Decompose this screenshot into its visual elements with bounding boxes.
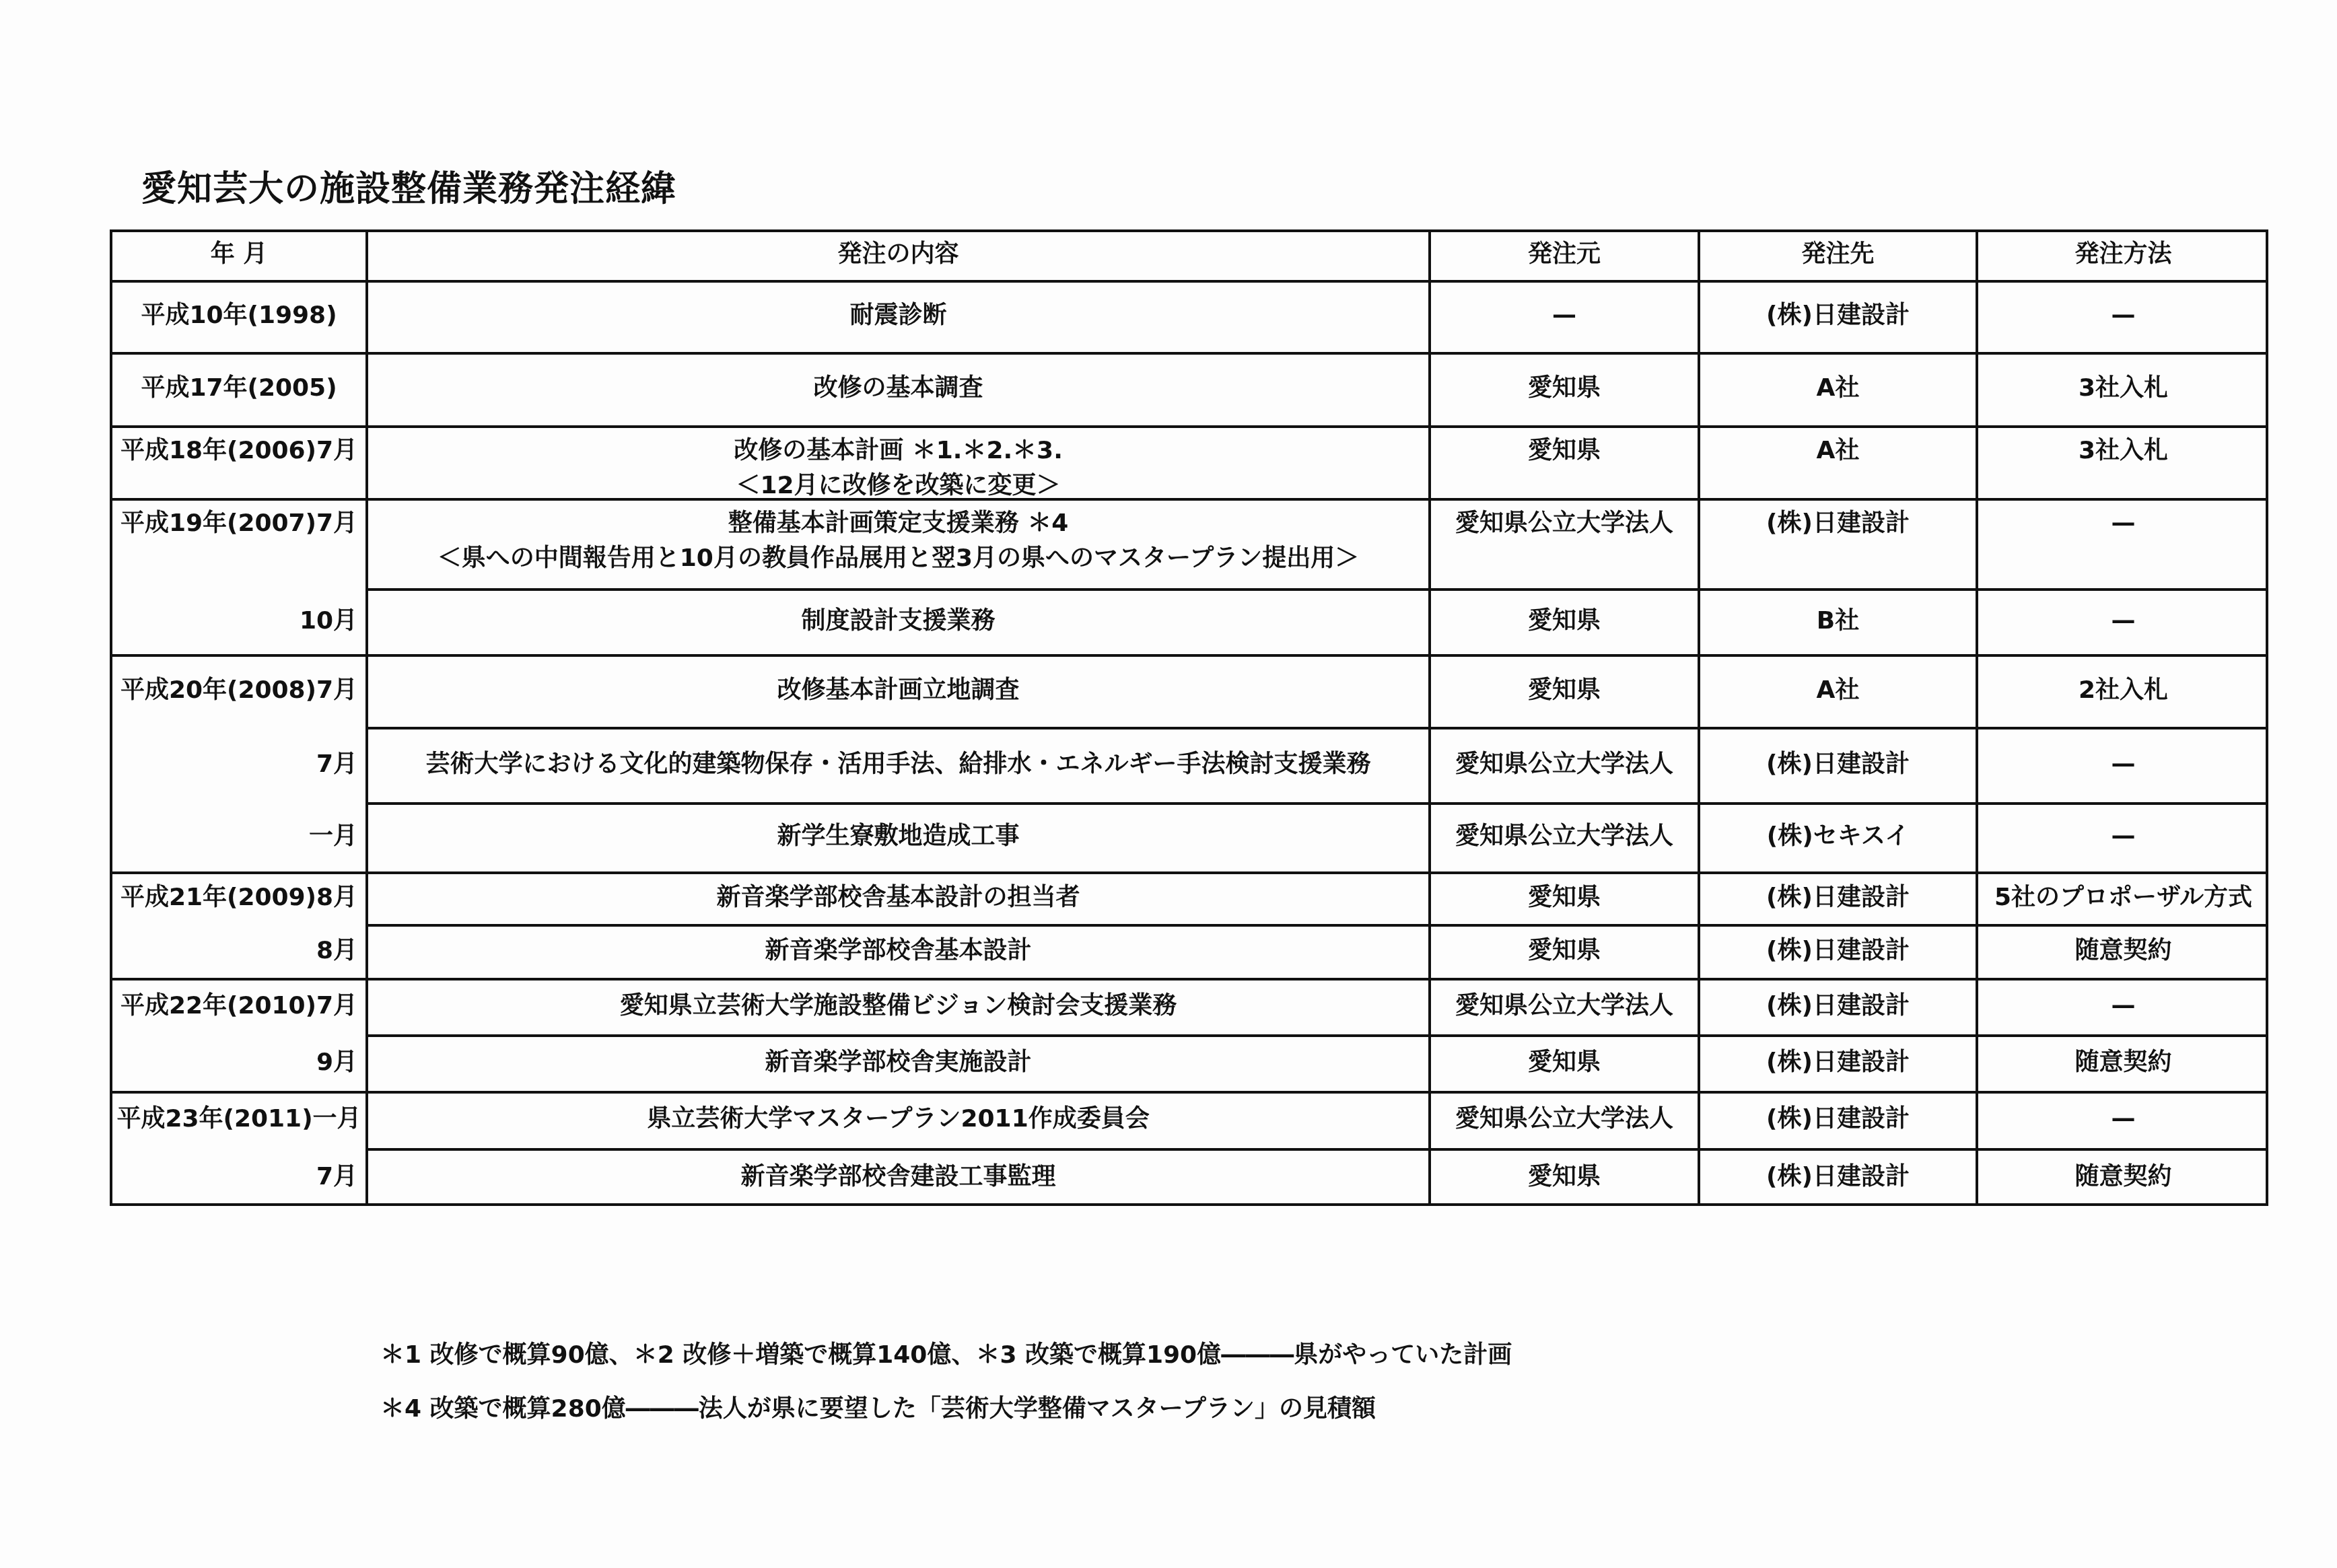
date-cell-text: 平成17年(2005): [141, 371, 337, 406]
content-line: 整備基本計画策定支援業務 ＊4: [728, 506, 1069, 541]
orderer-cell: 愛知県公立大学法人: [1431, 498, 1698, 588]
date-cell-text: 平成21年(2009)8月: [120, 880, 357, 915]
contractor-cell: (株)日建設計: [1700, 727, 1976, 802]
contractor-cell-text: (株)日建設計: [1766, 298, 1910, 333]
orderer-cell-text: 愛知県公立大学法人: [1455, 506, 1673, 541]
orderer-cell: 愛知県公立大学法人: [1431, 802, 1698, 871]
content-line: 新音楽学部校舎基本設計: [765, 933, 1031, 968]
contractor-cell-text: (株)日建設計: [1766, 989, 1910, 1024]
method-cell-text: 5社のプロポーザル方式: [1994, 880, 2252, 915]
content-line: 改修基本計画立地調査: [777, 673, 1019, 708]
content-line: 改修の基本調査: [813, 371, 983, 406]
header-method: 発注方法: [1978, 229, 2268, 280]
date-cell: 平成21年(2009)8月: [112, 871, 365, 924]
method-cell-text: —: [2112, 1102, 2136, 1137]
date-cell: 平成18年(2006)7月: [112, 425, 365, 498]
date-cell-text: 9月: [316, 1045, 357, 1080]
contractor-cell: (株)セキスイ: [1700, 802, 1976, 871]
date-cell-text: 平成18年(2006)7月: [120, 433, 357, 468]
orderer-cell-text: 愛知県: [1528, 673, 1601, 708]
orderer-cell: —: [1431, 280, 1698, 352]
orderer-cell-text: 愛知県: [1528, 880, 1601, 915]
method-cell: —: [1978, 802, 2268, 871]
method-cell: 3社入札: [1978, 352, 2268, 425]
date-cell: 平成19年(2007)7月: [112, 498, 365, 588]
date-cell: 平成22年(2010)7月: [112, 978, 365, 1034]
content-line: 制度設計支援業務: [801, 604, 995, 639]
contractor-cell: (株)日建設計: [1700, 1091, 1976, 1148]
orderer-cell: 愛知県公立大学法人: [1431, 978, 1698, 1034]
contractor-cell-text: A社: [1817, 433, 1860, 468]
contractor-cell: A社: [1700, 654, 1976, 727]
orderer-cell: 愛知県: [1431, 1034, 1698, 1091]
content-line: 芸術大学における文化的建築物保存・活用手法、給排水・エネルギー手法検討支援業務: [425, 747, 1370, 782]
header-content: 発注の内容: [368, 229, 1428, 280]
orderer-cell-text: —: [1552, 298, 1576, 333]
content-cell: 愛知県立芸術大学施設整備ビジョン検討会支援業務: [368, 978, 1428, 1034]
content-cell: 新音楽学部校舎基本設計の担当者: [368, 871, 1428, 924]
document-title: 愛知芸大の施設整備業務発注経緯: [141, 160, 676, 211]
method-cell: 2社入札: [1978, 654, 2268, 727]
date-cell: 平成23年(2011)一月: [112, 1091, 365, 1148]
method-cell: —: [1978, 727, 2268, 802]
method-cell-text: 3社入札: [2079, 433, 2168, 468]
content-cell: 新音楽学部校舎建設工事監理: [368, 1148, 1428, 1206]
header-orderer: 発注元: [1431, 229, 1698, 280]
content-cell: 芸術大学における文化的建築物保存・活用手法、給排水・エネルギー手法検討支援業務: [368, 727, 1428, 802]
contractor-cell: B社: [1700, 588, 1976, 654]
date-cell: 平成10年(1998): [112, 280, 365, 352]
orderer-cell-text: 愛知県: [1528, 604, 1601, 639]
orderer-cell: 愛知県: [1431, 352, 1698, 425]
orderer-cell-text: 愛知県: [1528, 933, 1601, 968]
procurement-table: 年 月発注の内容発注元発注先発注方法平成10年(1998)耐震診断—(株)日建設…: [110, 229, 2268, 1206]
contractor-cell-text: B社: [1817, 604, 1859, 639]
date-cell-text: 8月: [316, 933, 357, 968]
contractor-cell-text: (株)日建設計: [1766, 933, 1910, 968]
content-cell: 県立芸術大学マスタープラン2011作成委員会: [368, 1091, 1428, 1148]
date-cell: 10月: [112, 588, 365, 654]
orderer-cell-text: 愛知県: [1528, 1045, 1601, 1080]
content-cell: 新学生寮敷地造成工事: [368, 802, 1428, 871]
date-cell-text: 7月: [316, 747, 357, 782]
contractor-cell: A社: [1700, 352, 1976, 425]
content-cell: 制度設計支援業務: [368, 588, 1428, 654]
contractor-cell-text: A社: [1817, 371, 1860, 406]
method-cell: 随意契約: [1978, 1034, 2268, 1091]
orderer-cell: 愛知県: [1431, 1148, 1698, 1206]
content-cell: 新音楽学部校舎基本設計: [368, 924, 1428, 978]
date-cell-text: 平成22年(2010)7月: [120, 989, 357, 1024]
orderer-cell-text: 愛知県公立大学法人: [1455, 1102, 1673, 1137]
contractor-cell: (株)日建設計: [1700, 978, 1976, 1034]
contractor-cell: (株)日建設計: [1700, 498, 1976, 588]
date-cell: 8月: [112, 924, 365, 978]
method-cell: —: [1978, 498, 2268, 588]
method-cell: —: [1978, 978, 2268, 1034]
contractor-cell: (株)日建設計: [1700, 1148, 1976, 1206]
method-cell: 5社のプロポーザル方式: [1978, 871, 2268, 924]
orderer-cell: 愛知県: [1431, 654, 1698, 727]
content-cell: 整備基本計画策定支援業務 ＊4＜県への中間報告用と10月の教員作品展用と翌3月の…: [368, 498, 1428, 588]
contractor-cell-text: (株)日建設計: [1766, 1102, 1910, 1137]
header-date: 年 月: [112, 229, 365, 280]
method-cell-text: —: [2112, 506, 2136, 541]
date-cell: 9月: [112, 1034, 365, 1091]
content-line: 新音楽学部校舎基本設計の担当者: [716, 880, 1080, 915]
header-contractor: 発注先: [1700, 229, 1976, 280]
footnote-1: ＊1 改修で概算90億、＊2 改修＋増築で概算140億、＊3 改築で概算190億…: [380, 1336, 1512, 1370]
content-cell: 新音楽学部校舎実施設計: [368, 1034, 1428, 1091]
contractor-cell: (株)日建設計: [1700, 924, 1976, 978]
content-cell: 改修の基本計画 ＊1.＊2.＊3.＜12月に改修を改築に変更＞: [368, 425, 1428, 498]
orderer-cell: 愛知県: [1431, 588, 1698, 654]
date-cell-text: 7月: [316, 1160, 357, 1195]
content-line: ＜県への中間報告用と10月の教員作品展用と翌3月の県へのマスタープラン提出用＞: [438, 541, 1359, 576]
method-cell-text: 随意契約: [2074, 1045, 2171, 1080]
date-cell-text: 一月: [309, 819, 357, 854]
orderer-cell: 愛知県: [1431, 871, 1698, 924]
date-cell: 一月: [112, 802, 365, 871]
contractor-cell: A社: [1700, 425, 1976, 498]
content-line: 新音楽学部校舎建設工事監理: [740, 1160, 1055, 1195]
content-line: 耐震診断: [849, 298, 946, 333]
contractor-cell: (株)日建設計: [1700, 280, 1976, 352]
contractor-cell-text: (株)日建設計: [1766, 1045, 1910, 1080]
content-line: 改修の基本計画 ＊1.＊2.＊3.: [734, 433, 1063, 468]
orderer-cell: 愛知県: [1431, 425, 1698, 498]
date-cell: 7月: [112, 727, 365, 802]
method-cell-text: 2社入札: [2079, 673, 2168, 708]
contractor-cell-text: (株)日建設計: [1766, 747, 1910, 782]
orderer-cell-text: 愛知県公立大学法人: [1455, 989, 1673, 1024]
content-line: 新音楽学部校舎実施設計: [765, 1045, 1031, 1080]
method-cell: —: [1978, 588, 2268, 654]
method-cell-text: —: [2112, 747, 2136, 782]
method-cell: —: [1978, 1091, 2268, 1148]
contractor-cell: (株)日建設計: [1700, 1034, 1976, 1091]
orderer-cell-text: 愛知県: [1528, 371, 1601, 406]
content-line: 新学生寮敷地造成工事: [777, 819, 1019, 854]
date-cell: 平成17年(2005): [112, 352, 365, 425]
method-cell: 随意契約: [1978, 1148, 2268, 1206]
date-cell-text: 10月: [300, 604, 357, 639]
method-cell-text: —: [2112, 819, 2136, 854]
contractor-cell-text: (株)日建設計: [1766, 1160, 1910, 1195]
date-cell-text: 平成23年(2011)一月: [116, 1102, 361, 1137]
content-line: 愛知県立芸術大学施設整備ビジョン検討会支援業務: [620, 989, 1177, 1024]
content-cell: 改修基本計画立地調査: [368, 654, 1428, 727]
method-cell: —: [1978, 280, 2268, 352]
contractor-cell-text: (株)セキスイ: [1767, 819, 1909, 854]
contractor-cell-text: (株)日建設計: [1766, 506, 1910, 541]
contractor-cell: (株)日建設計: [1700, 871, 1976, 924]
orderer-cell: 愛知県公立大学法人: [1431, 727, 1698, 802]
orderer-cell: 愛知県: [1431, 924, 1698, 978]
orderer-cell: 愛知県公立大学法人: [1431, 1091, 1698, 1148]
method-cell-text: —: [2112, 604, 2136, 639]
footnote-2: ＊4 改築で概算280億―――法人が県に要望した「芸術大学整備マスタープラン」の…: [380, 1390, 1376, 1424]
content-cell: 耐震診断: [368, 280, 1428, 352]
method-cell-text: 随意契約: [2074, 933, 2171, 968]
orderer-cell-text: 愛知県公立大学法人: [1455, 747, 1673, 782]
contractor-cell-text: (株)日建設計: [1766, 880, 1910, 915]
contractor-cell-text: A社: [1817, 673, 1860, 708]
date-cell-text: 平成10年(1998): [141, 298, 337, 333]
method-cell-text: —: [2112, 989, 2136, 1024]
method-cell-text: 3社入札: [2079, 371, 2168, 406]
content-line: 県立芸術大学マスタープラン2011作成委員会: [647, 1102, 1149, 1137]
date-cell: 平成20年(2008)7月: [112, 654, 365, 727]
date-cell-text: 平成20年(2008)7月: [120, 673, 357, 708]
date-cell-text: 平成19年(2007)7月: [120, 506, 357, 541]
method-cell: 3社入札: [1978, 425, 2268, 498]
method-cell-text: —: [2112, 298, 2136, 333]
method-cell-text: 随意契約: [2074, 1160, 2171, 1195]
orderer-cell-text: 愛知県: [1528, 1160, 1601, 1195]
orderer-cell-text: 愛知県: [1528, 433, 1601, 468]
date-cell: 7月: [112, 1148, 365, 1206]
orderer-cell-text: 愛知県公立大学法人: [1455, 819, 1673, 854]
method-cell: 随意契約: [1978, 924, 2268, 978]
content-cell: 改修の基本調査: [368, 352, 1428, 425]
